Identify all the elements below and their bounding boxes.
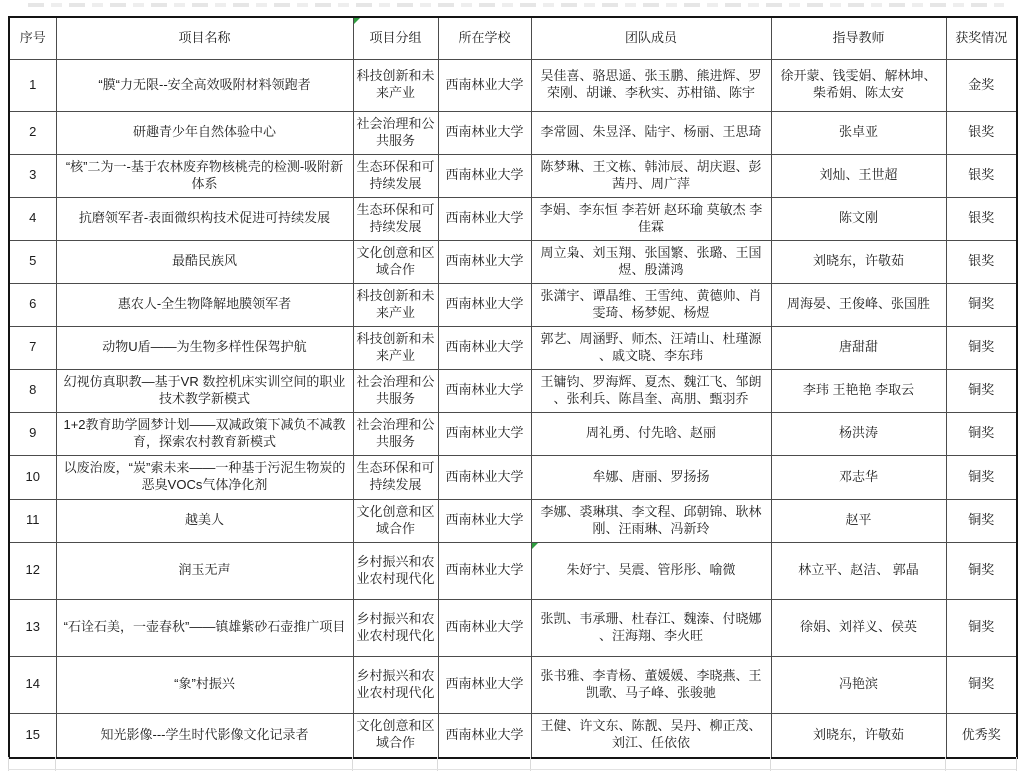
table-row: 14 “象”村振兴 乡村振兴和农业农村现代化 西南林业大学 张书雅、李青杨、董媛… <box>9 656 1017 713</box>
cell-award[interactable]: 银奖 <box>946 111 1017 154</box>
cell-index[interactable]: 4 <box>9 197 56 240</box>
cell-group[interactable]: 文化创意和区域合作 <box>353 499 438 542</box>
cell-award[interactable]: 金奖 <box>946 59 1017 111</box>
cell-teachers[interactable]: 刘晓东，许敬茹 <box>771 713 946 758</box>
cell-award[interactable]: 铜奖 <box>946 599 1017 656</box>
table-row: 7 动物U盾——为生物多样性保驾护航 科技创新和未来产业 西南林业大学 郭艺、周… <box>9 326 1017 369</box>
cell-teachers[interactable]: 冯艳滨 <box>771 656 946 713</box>
cell-school[interactable]: 西南林业大学 <box>438 599 531 656</box>
cell-project-name[interactable]: 动物U盾——为生物多样性保驾护航 <box>56 326 353 369</box>
cell-school[interactable]: 西南林业大学 <box>438 240 531 283</box>
cell-index[interactable]: 10 <box>9 455 56 499</box>
cell-index[interactable]: 5 <box>9 240 56 283</box>
table-row: 8 幻视仿真职教—基于VR 数控机床实训空间的职业技术教学新模式 社会治理和公共… <box>9 369 1017 412</box>
cell-award[interactable]: 铜奖 <box>946 455 1017 499</box>
cell-teachers[interactable]: 周海晏、王俊峰、张国胜 <box>771 283 946 326</box>
col-header-teachers[interactable]: 指导教师 <box>771 17 946 59</box>
cell-teachers[interactable]: 林立平、赵洁、 郭晶 <box>771 542 946 599</box>
faint-gridline <box>8 769 1016 770</box>
cell-school[interactable]: 西南林业大学 <box>438 326 531 369</box>
cell-group[interactable]: 文化创意和区域合作 <box>353 240 438 283</box>
cell-teachers[interactable]: 唐甜甜 <box>771 326 946 369</box>
cell-index[interactable]: 6 <box>9 283 56 326</box>
cell-school[interactable]: 西南林业大学 <box>438 713 531 758</box>
cell-school[interactable]: 西南林业大学 <box>438 283 531 326</box>
cell-index[interactable]: 7 <box>9 326 56 369</box>
table-row: 15 知光影像---学生时代影像文化记录者 文化创意和区域合作 西南林业大学 王… <box>9 713 1017 758</box>
cell-teachers[interactable]: 刘灿、王世超 <box>771 154 946 197</box>
cell-index[interactable]: 13 <box>9 599 56 656</box>
cell-award[interactable]: 铜奖 <box>946 499 1017 542</box>
cell-project-name[interactable]: 最酷民族风 <box>56 240 353 283</box>
table-row: 6 惠农人-全生物降解地膜领军者 科技创新和未来产业 西南林业大学 张潇宇、谭晶… <box>9 283 1017 326</box>
table-row: 12 润玉无声 乡村振兴和农业农村现代化 西南林业大学 朱妤宁、吴震、管彤彤、喻… <box>9 542 1017 599</box>
col-header-group[interactable]: 项目分组 <box>353 17 438 59</box>
cell-group[interactable]: 科技创新和未来产业 <box>353 59 438 111</box>
cell-project-name[interactable]: 幻视仿真职教—基于VR 数控机床实训空间的职业技术教学新模式 <box>56 369 353 412</box>
col-header-index[interactable]: 序号 <box>9 17 56 59</box>
cell-members[interactable]: 李娟、李东恒 李若妍 赵环瑜 莫敏杰 李佳霖 <box>531 197 771 240</box>
cell-school[interactable]: 西南林业大学 <box>438 154 531 197</box>
cell-teachers[interactable]: 赵平 <box>771 499 946 542</box>
cell-project-name[interactable]: 1+2教育助学圆梦计划——双减政策下减负不减教育，探索农村教育新模式 <box>56 412 353 455</box>
table-row: 5 最酷民族风 文化创意和区域合作 西南林业大学 周立枭、刘玉翔、张国繁、张璐、… <box>9 240 1017 283</box>
cell-members[interactable]: 朱妤宁、吴震、管彤彤、喻微 <box>531 542 771 599</box>
cell-group[interactable]: 乡村振兴和农业农村现代化 <box>353 656 438 713</box>
cell-index[interactable]: 8 <box>9 369 56 412</box>
cell-index[interactable]: 12 <box>9 542 56 599</box>
cell-members[interactable]: 张潇宇、谭晶维、王雪纯、黄德帅、肖雯琦、杨梦妮、杨煜 <box>531 283 771 326</box>
cell-members[interactable]: 陈梦琳、王文栋、韩沛辰、胡庆遐、彭茜丹、周广萍 <box>531 154 771 197</box>
cell-project-name[interactable]: “膜“力无限--安全高效吸附材料领跑者 <box>56 59 353 111</box>
cell-school[interactable]: 西南林业大学 <box>438 455 531 499</box>
cell-project-name[interactable]: 以废治废，“炭”索未来——一种基于污泥生物炭的恶臭VOCs气体净化剂 <box>56 455 353 499</box>
cell-teachers[interactable]: 徐开蒙、钱雯娟、解林坤、柴希娟、陈太安 <box>771 59 946 111</box>
cell-index[interactable]: 15 <box>9 713 56 758</box>
cell-teachers[interactable]: 张卓亚 <box>771 111 946 154</box>
col-header-school[interactable]: 所在学校 <box>438 17 531 59</box>
cell-members[interactable]: 周礼勇、付先晗、赵丽 <box>531 412 771 455</box>
cell-members[interactable]: 吴佳喜、骆思遥、张玉鹏、熊进辉、罗荣刚、胡谦、李秋实、苏柑锚、陈宇 <box>531 59 771 111</box>
cell-award[interactable]: 银奖 <box>946 240 1017 283</box>
table-row: 1 “膜“力无限--安全高效吸附材料领跑者 科技创新和未来产业 西南林业大学 吴… <box>9 59 1017 111</box>
cell-school[interactable]: 西南林业大学 <box>438 369 531 412</box>
cell-index[interactable]: 11 <box>9 499 56 542</box>
cell-group[interactable]: 科技创新和未来产业 <box>353 283 438 326</box>
cell-group[interactable]: 社会治理和公共服务 <box>353 412 438 455</box>
cell-group[interactable]: 生态环保和可持续发展 <box>353 455 438 499</box>
cell-members[interactable]: 王镛钧、罗海辉、夏杰、魏江飞、邹朗、张利兵、陈昌奎、高朋、甄羽乔 <box>531 369 771 412</box>
results-table-body: 1 “膜“力无限--安全高效吸附材料领跑者 科技创新和未来产业 西南林业大学 吴… <box>9 59 1017 758</box>
cell-school[interactable]: 西南林业大学 <box>438 412 531 455</box>
table-header-row: 序号 项目名称 项目分组 所在学校 团队成员 指导教师 获奖情况 <box>9 17 1017 59</box>
awards-table: 序号 项目名称 项目分组 所在学校 团队成员 指导教师 获奖情况 1 “膜“力无… <box>8 16 1018 759</box>
cell-members[interactable]: 王健、许文东、陈靓、吴丹、柳正茂、刘江、任依依 <box>531 713 771 758</box>
cell-group[interactable]: 社会治理和公共服务 <box>353 111 438 154</box>
cell-award[interactable]: 铜奖 <box>946 283 1017 326</box>
cell-project-name[interactable]: 抗磨领军者-表面微织构技术促进可持续发展 <box>56 197 353 240</box>
faint-gridline <box>1016 757 1017 771</box>
cell-index[interactable]: 14 <box>9 656 56 713</box>
cell-teachers[interactable]: 陈文刚 <box>771 197 946 240</box>
table-row: 2 研趣青少年自然体验中心 社会治理和公共服务 西南林业大学 李常圆、朱昱泽、陆… <box>9 111 1017 154</box>
cell-school[interactable]: 西南林业大学 <box>438 542 531 599</box>
col-header-award[interactable]: 获奖情况 <box>946 17 1017 59</box>
table-row: 3 “核”二为一-基于农林废弃物核桃壳的检测-吸附新体系 生态环保和可持续发展 … <box>9 154 1017 197</box>
cell-members[interactable]: 李常圆、朱昱泽、陆宇、杨丽、王思琦 <box>531 111 771 154</box>
cell-members[interactable]: 牟娜、唐丽、罗扬扬 <box>531 455 771 499</box>
cell-project-name[interactable]: 越美人 <box>56 499 353 542</box>
cell-index[interactable]: 9 <box>9 412 56 455</box>
table-row: 4 抗磨领军者-表面微织构技术促进可持续发展 生态环保和可持续发展 西南林业大学… <box>9 197 1017 240</box>
cell-group[interactable]: 社会治理和公共服务 <box>353 369 438 412</box>
cell-school[interactable]: 西南林业大学 <box>438 111 531 154</box>
cell-teachers[interactable]: 杨洪涛 <box>771 412 946 455</box>
cell-group[interactable]: 生态环保和可持续发展 <box>353 154 438 197</box>
cell-award[interactable]: 铜奖 <box>946 326 1017 369</box>
cell-teachers[interactable]: 刘晓东，许敬茹 <box>771 240 946 283</box>
col-header-members[interactable]: 团队成员 <box>531 17 771 59</box>
cell-school[interactable]: 西南林业大学 <box>438 499 531 542</box>
cell-group[interactable]: 乡村振兴和农业农村现代化 <box>353 542 438 599</box>
cell-project-name[interactable]: “象”村振兴 <box>56 656 353 713</box>
table-row: 9 1+2教育助学圆梦计划——双减政策下减负不减教育，探索农村教育新模式 社会治… <box>9 412 1017 455</box>
cell-project-name[interactable]: “石诠石美，一壶春秋”——镇雄紫砂石壶推广项目 <box>56 599 353 656</box>
table-row: 11 越美人 文化创意和区域合作 西南林业大学 李娜、裘琳琪、李文程、邱朝锦、耿… <box>9 499 1017 542</box>
cell-index[interactable]: 1 <box>9 59 56 111</box>
cell-project-name[interactable]: 研趣青少年自然体验中心 <box>56 111 353 154</box>
cell-award[interactable]: 铜奖 <box>946 369 1017 412</box>
cell-award[interactable]: 铜奖 <box>946 542 1017 599</box>
cell-group[interactable]: 乡村振兴和农业农村现代化 <box>353 599 438 656</box>
cell-school[interactable]: 西南林业大学 <box>438 59 531 111</box>
cell-teachers[interactable]: 徐娟、刘祥义、侯英 <box>771 599 946 656</box>
cell-award[interactable]: 铜奖 <box>946 656 1017 713</box>
cell-award[interactable]: 铜奖 <box>946 412 1017 455</box>
cell-index[interactable]: 2 <box>9 111 56 154</box>
spreadsheet-area: 序号 项目名称 项目分组 所在学校 团队成员 指导教师 获奖情况 1 “膜“力无… <box>8 16 1018 759</box>
cell-members[interactable]: 郭艺、周涵野、师杰、汪靖山、杜瑾源、戚文晓、李东玮 <box>531 326 771 369</box>
cell-project-name[interactable]: 润玉无声 <box>56 542 353 599</box>
cell-project-name[interactable]: 惠农人-全生物降解地膜领军者 <box>56 283 353 326</box>
cell-award[interactable]: 优秀奖 <box>946 713 1017 758</box>
cell-teachers[interactable]: 李玮 王艳艳 李取云 <box>771 369 946 412</box>
cell-members[interactable]: 张书雅、李青杨、董媛媛、李晓燕、王凯歌、马子峰、张骏驰 <box>531 656 771 713</box>
cell-school[interactable]: 西南林业大学 <box>438 656 531 713</box>
cell-group[interactable]: 科技创新和未来产业 <box>353 326 438 369</box>
cell-members[interactable]: 周立枭、刘玉翔、张国繁、张璐、王国煜、殷潇鸿 <box>531 240 771 283</box>
cell-award[interactable]: 银奖 <box>946 154 1017 197</box>
table-row: 13 “石诠石美，一壶春秋”——镇雄紫砂石壶推广项目 乡村振兴和农业农村现代化 … <box>9 599 1017 656</box>
cell-project-name[interactable]: “核”二为一-基于农林废弃物核桃壳的检测-吸附新体系 <box>56 154 353 197</box>
col-header-project-name[interactable]: 项目名称 <box>56 17 353 59</box>
cell-group[interactable]: 生态环保和可持续发展 <box>353 197 438 240</box>
cell-teachers[interactable]: 邓志华 <box>771 455 946 499</box>
cell-members[interactable]: 李娜、裘琳琪、李文程、邱朝锦、耿林刚、汪雨琳、冯新玲 <box>531 499 771 542</box>
cell-award[interactable]: 银奖 <box>946 197 1017 240</box>
cell-project-name[interactable]: 知光影像---学生时代影像文化记录者 <box>56 713 353 758</box>
cell-members[interactable]: 张凯、韦承珊、杜春江、魏溱、付晓娜、汪海翔、李火旺 <box>531 599 771 656</box>
cell-school[interactable]: 西南林业大学 <box>438 197 531 240</box>
cell-group[interactable]: 文化创意和区域合作 <box>353 713 438 758</box>
table-row: 10 以废治废，“炭”索未来——一种基于污泥生物炭的恶臭VOCs气体净化剂 生态… <box>9 455 1017 499</box>
cell-index[interactable]: 3 <box>9 154 56 197</box>
cutoff-text-remnant <box>28 3 1004 7</box>
